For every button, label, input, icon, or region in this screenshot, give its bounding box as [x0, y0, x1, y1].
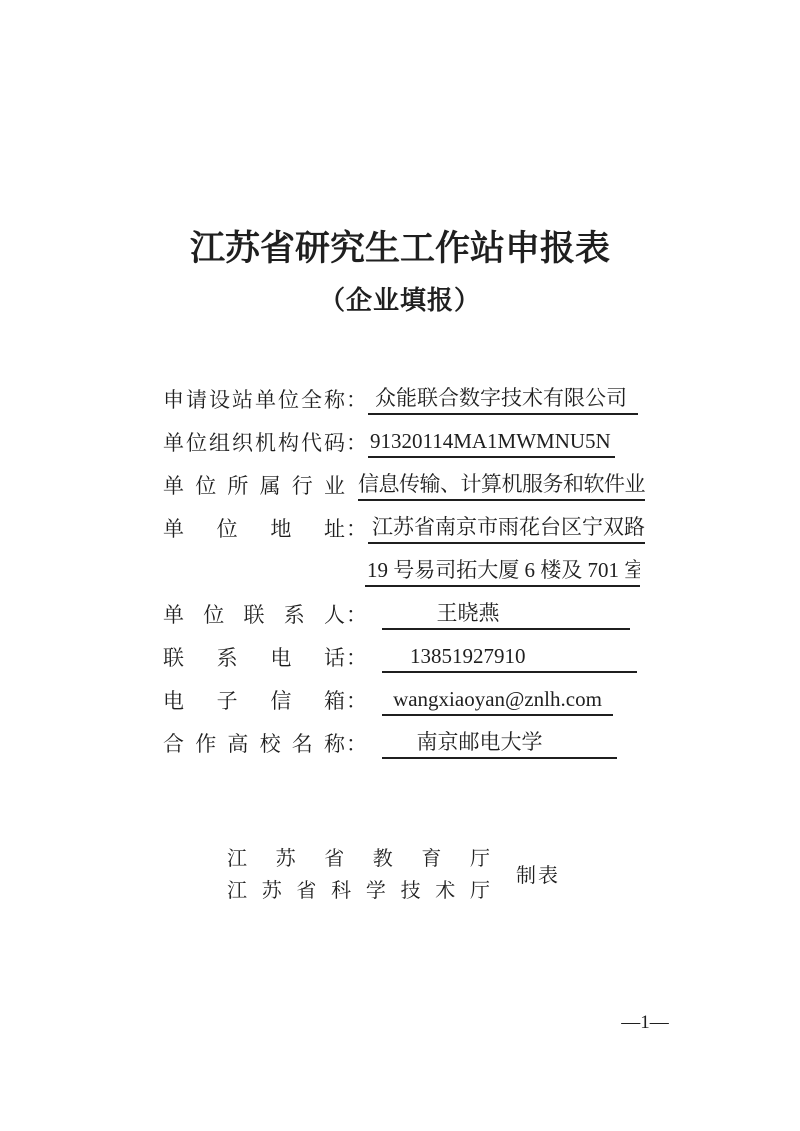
field-label: 单位所属行业 — [163, 471, 345, 501]
form-row-address-line2: 19 号易司拓大厦 6 楼及 701 室 — [163, 544, 645, 587]
field-label: 单位组织机构代码 — [163, 428, 345, 458]
field-value-underlined: 众能联合数字技术有限公司 — [368, 383, 638, 415]
form-row-unit-full-name: 申请设站单位全称 ： 众能联合数字技术有限公司 — [163, 372, 645, 415]
document-title: 江苏省研究生工作站申报表 — [0, 221, 800, 271]
field-label: 申请设站单位全称 — [163, 385, 345, 415]
issuing-agencies-block: 江苏省教育厅 江苏省科学技术厅 — [227, 843, 490, 907]
form-row-partner-university: 合作高校名称 ： 南京邮电大学 — [163, 716, 645, 759]
form-row-org-code: 单位组织机构代码 ： 91320114MA1MWMNU5N — [163, 415, 645, 458]
form-row-industry: 单位所属行业 信息传输、计算机服务和软件业 — [163, 458, 645, 501]
field-colon: ： — [345, 729, 368, 759]
field-colon: ： — [345, 428, 368, 458]
field-value-underlined: wangxiaoyan@znlh.com — [382, 684, 613, 716]
field-label: 单位地址 — [163, 514, 345, 544]
form-row-contact-person: 单位联系人 ： 王晓燕 — [163, 587, 645, 630]
field-colon: ： — [345, 686, 368, 716]
field-label: 电子信箱 — [163, 686, 345, 716]
field-value-underlined: 91320114MA1MWMNU5N — [368, 426, 615, 458]
field-colon: ： — [345, 514, 368, 544]
field-label: 合作高校名称 — [163, 729, 345, 759]
form-row-address: 单位地址 ： 江苏省南京市雨花台区宁双路 — [163, 501, 645, 544]
issuer-line-science-tech-dept: 江苏省科学技术厅 — [227, 875, 490, 907]
page-number: —1— — [618, 1012, 672, 1034]
field-value-underlined: 南京邮电大学 — [382, 727, 617, 759]
application-form: 申请设站单位全称 ： 众能联合数字技术有限公司 单位组织机构代码 ： 91320… — [163, 372, 645, 759]
field-colon: ： — [345, 643, 368, 673]
field-value-underlined: 信息传输、计算机服务和软件业 — [358, 469, 645, 501]
form-prepared-by-note: 制表 — [516, 859, 560, 888]
form-row-email: 电子信箱 ： wangxiaoyan@znlh.com — [163, 673, 645, 716]
document-subtitle: （企业填报） — [0, 280, 800, 317]
issuer-line-education-dept: 江苏省教育厅 — [227, 843, 490, 875]
field-value-underlined: 13851927910 — [382, 641, 637, 673]
field-value-underlined: 王晓燕 — [382, 598, 630, 630]
field-colon: ： — [345, 385, 368, 415]
field-value-underlined: 19 号易司拓大厦 6 楼及 701 室 — [365, 555, 640, 587]
field-colon: ： — [345, 600, 368, 630]
form-row-phone: 联系电话 ： 13851927910 — [163, 630, 645, 673]
field-label: 单位联系人 — [163, 600, 345, 630]
field-label: 联系电话 — [163, 643, 345, 673]
document-page: 江苏省研究生工作站申报表 （企业填报） 申请设站单位全称 ： 众能联合数字技术有… — [0, 0, 800, 1131]
field-value-underlined: 江苏省南京市雨花台区宁双路 — [368, 512, 645, 544]
